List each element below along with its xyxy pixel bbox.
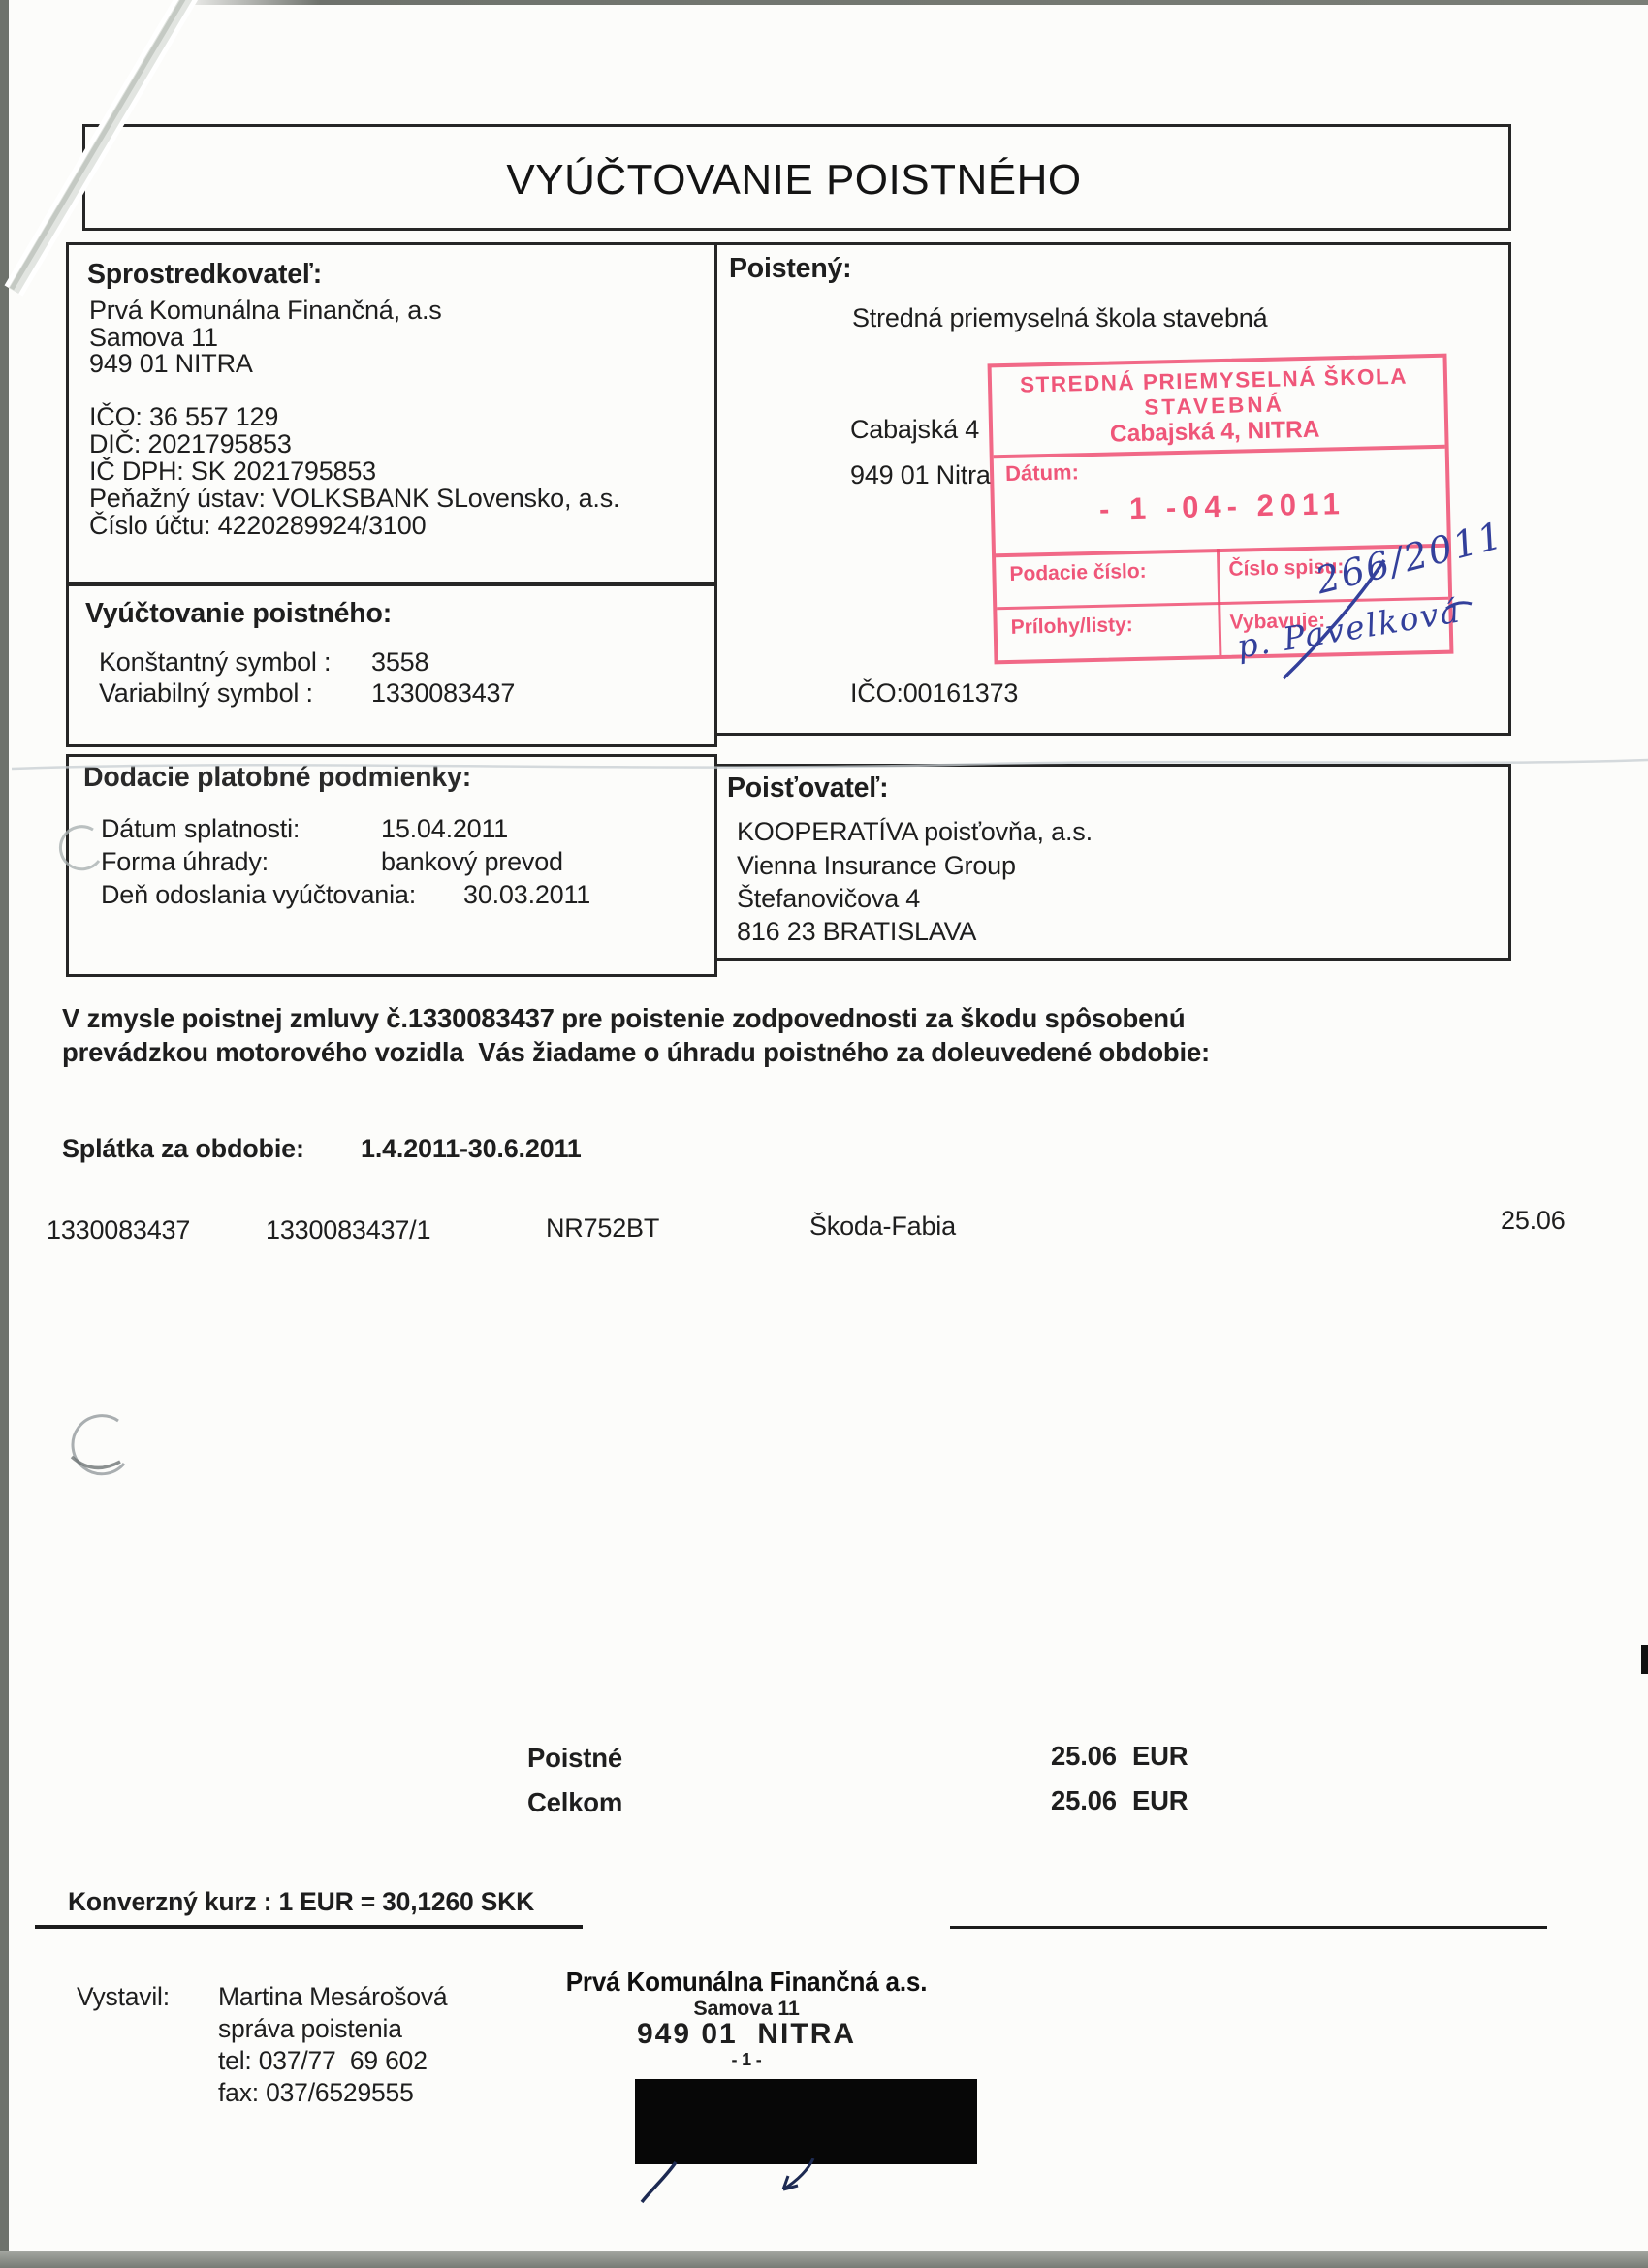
insurer-line: Štefanovičova 4 — [737, 884, 920, 913]
company-stamp-name: Prvá Komunálna Finančná a.s. — [557, 1967, 936, 1997]
policy-amount: 25.06 — [1501, 1206, 1566, 1235]
payment-terms-heading: Dodacie platobné podmienky: — [83, 763, 471, 794]
insured-company-id: IČO:00161373 — [850, 678, 1018, 708]
total-row-currency: EUR — [1132, 1742, 1188, 1772]
insured-city: 949 01 Nitra — [850, 460, 991, 489]
company-stamp-city: 949 01 NITRA — [543, 2018, 950, 2051]
scan-edge-bottom — [0, 2251, 1648, 2268]
payment-row-label: Deň odoslania vyúčtovania: — [101, 880, 416, 909]
redaction-box — [635, 2079, 977, 2164]
insurer-line: Vienna Insurance Group — [737, 851, 1016, 880]
mediator-address-line: Prvá Komunálna Finančná, a.s — [89, 296, 442, 325]
settlement-row-label: Variabilný symbol : — [99, 678, 313, 708]
mediator-id-line: IČO: 36 557 129 — [89, 402, 278, 431]
scan-edge-left — [0, 0, 9, 2268]
issued-by-label: Vystavil: — [77, 1983, 170, 2012]
total-row-amount: 25.06 — [1051, 1742, 1117, 1772]
issued-by-line: Martina Mesárošová — [218, 1983, 447, 2012]
scan-c-artifact — [73, 1416, 124, 1474]
company-stamp-page-number: - 1 - — [543, 2050, 950, 2069]
payment-row-label: Dátum splatnosti: — [101, 814, 300, 843]
registry-stamp: STREDNÁ PRIEMYSELNÁ ŠKOLA STAVEBNÁ Cabaj… — [988, 354, 1454, 665]
insurer-heading: Poisťovateľ: — [727, 773, 888, 804]
document-title: VYÚČTOVANIE POISTNÉHO — [85, 156, 1503, 204]
settlement-row-label: Konštantný symbol : — [99, 647, 331, 677]
scan-edge-mark — [1641, 1645, 1648, 1674]
body-paragraph-line1: V zmysle poistnej zmluvy č.1330083437 pr… — [62, 1004, 1185, 1034]
installment-period: 1.4.2011-30.6.2011 — [361, 1134, 582, 1163]
policy-item-number: 1330083437/1 — [266, 1215, 430, 1244]
conversion-rate-text: Konverzný kurz : 1 EUR = 30,1260 SKK — [68, 1888, 534, 1917]
signature-rule-left — [35, 1925, 583, 1929]
policy-vehicle: Škoda-Fabia — [809, 1212, 956, 1241]
mediator-id-line: Peňažný ústav: VOLKSBANK SLovensko, a.s. — [89, 484, 619, 513]
installment-label: Splátka za obdobie: — [62, 1134, 304, 1163]
scanned-document-page: VYÚČTOVANIE POISTNÉHO Sprostredkovateľ: … — [0, 0, 1648, 2268]
insurer-line: 816 23 BRATISLAVA — [737, 917, 976, 946]
stamp-field-prilohy: Prílohy/listy: — [1010, 614, 1133, 640]
insurer-line: KOOPERATÍVA poisťovňa, a.s. — [737, 817, 1093, 846]
payment-row-value: 30.03.2011 — [463, 880, 590, 909]
mediator-id-line: Číslo účtu: 4220289924/3100 — [89, 511, 426, 540]
policy-contract-number: 1330083437 — [47, 1215, 190, 1244]
payment-row-value: 15.04.2011 — [381, 814, 508, 843]
mediator-id-line: DIČ: 2021795853 — [89, 429, 292, 458]
settlement-row-value: 3558 — [371, 647, 428, 677]
policy-license-plate: NR752BT — [546, 1213, 659, 1243]
mediator-address-line: 949 01 NITRA — [89, 349, 253, 378]
payment-row-label: Forma úhrady: — [101, 847, 269, 876]
company-stamp-street: Samova 11 — [543, 1997, 950, 2020]
total-row-currency: EUR — [1132, 1786, 1188, 1816]
insured-name: Stredná priemyselná škola stavebná — [852, 303, 1267, 332]
scan-c-artifact-shadow — [72, 1457, 120, 1467]
stamp-date-value: - 1 -04- 2011 — [1062, 486, 1383, 527]
insured-street: Cabajská 4 — [850, 415, 979, 444]
stamp-field-podacie: Podacie číslo: — [1009, 560, 1147, 586]
insured-heading: Poistený: — [729, 254, 851, 285]
mediator-heading: Sprostredkovateľ: — [87, 260, 322, 291]
mediator-id-line: IČ DPH: SK 2021795853 — [89, 457, 376, 486]
mediator-address-line: Samova 11 — [89, 323, 218, 352]
pen-stroke — [642, 2162, 676, 2202]
payment-row-value: bankový prevod — [381, 847, 563, 876]
settlement-row-value: 1330083437 — [371, 678, 515, 708]
issued-by-line: fax: 037/6529555 — [218, 2079, 414, 2108]
body-paragraph-line2: prevádzkou motorového vozidla Vás žiadam… — [62, 1038, 1210, 1068]
settlement-heading: Vyúčtovanie poistného: — [85, 599, 392, 630]
issued-by-line: správa poistenia — [218, 2015, 402, 2044]
pen-stroke-arrowhead — [783, 2176, 798, 2189]
total-row-label: Poistné — [527, 1744, 622, 1774]
scan-edge-top — [173, 0, 1648, 5]
total-row-label: Celkom — [527, 1788, 622, 1818]
total-row-amount: 25.06 — [1051, 1786, 1117, 1816]
stamp-date-label: Dátum: — [1005, 459, 1079, 487]
title-box: VYÚČTOVANIE POISTNÉHO — [82, 124, 1511, 231]
signature-rule-right — [950, 1926, 1547, 1929]
issued-by-line: tel: 037/77 69 602 — [218, 2047, 428, 2076]
